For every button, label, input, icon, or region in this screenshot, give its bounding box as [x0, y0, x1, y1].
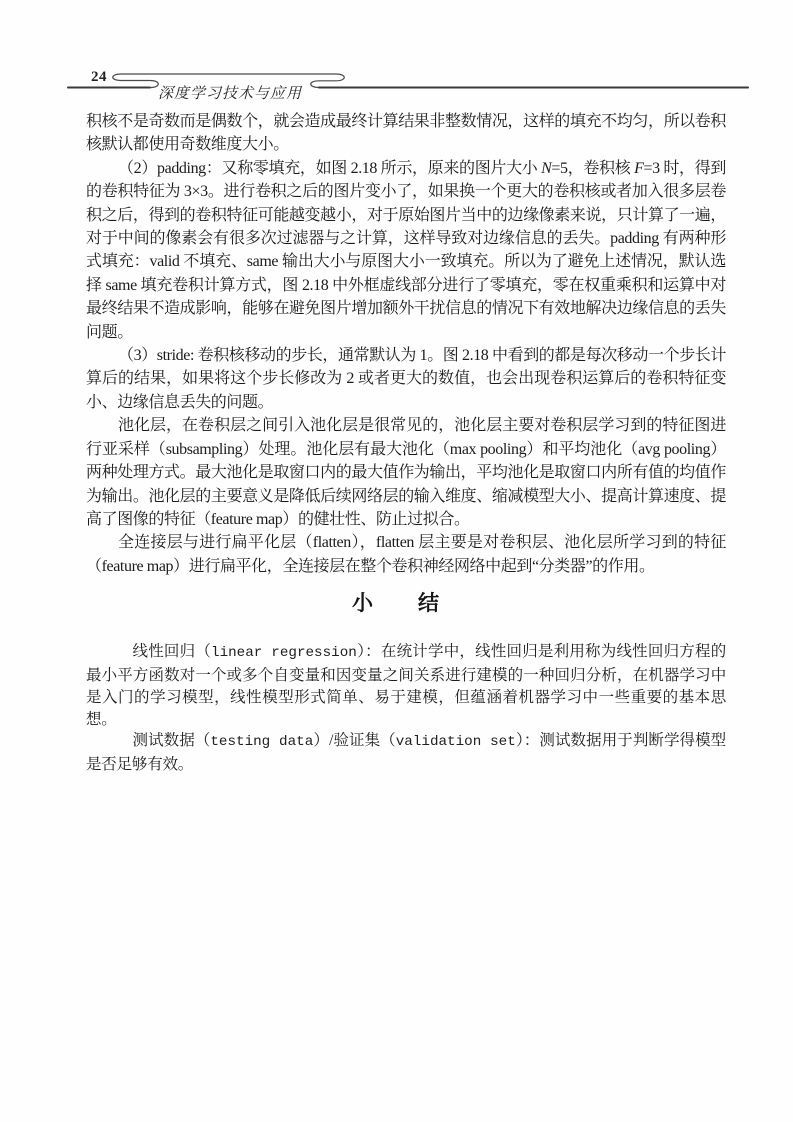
summary-paragraph-testing-data: 测试数据（testing data）/验证集（validation set）：测…: [86, 730, 726, 776]
book-title: 深度学习技术与应用: [158, 82, 296, 103]
body-paragraph-fully-connected: 全连接层与进行扁平化层（flatten），flatten 层主要是对卷积层、池化…: [86, 531, 726, 578]
body-paragraph-pooling: 池化层，在卷积层之间引入池化层是很常见的，池化层主要对卷积层学习到的特征图进行亚…: [86, 414, 726, 531]
page-number: 24: [91, 69, 107, 86]
text-segment: ）/验证集（: [313, 732, 396, 749]
summary-paragraph-linear-regression: 线性回归（linear regression）：在统计学中，线性回归是利用称为线…: [86, 641, 726, 730]
section-heading-summary: 小 结: [66, 587, 726, 617]
text-segment: 全连接层与进行扁平化层（flatten），flatten 层主要是对卷积层、池化…: [86, 534, 726, 574]
text-segment: 池化层，在卷积层之间引入池化层是很常见的，池化层主要对卷积层学习到的特征图进行亚…: [86, 417, 726, 528]
body-paragraph-continuation: 积核不是奇数而是偶数个，就会造成最终计算结果非整数情况，这样的填充不均匀，所以卷…: [86, 110, 726, 157]
main-text-column: 积核不是奇数而是偶数个，就会造成最终计算结果非整数情况，这样的填充不均匀，所以卷…: [86, 110, 726, 776]
page-header: 24 深度学习技术与应用: [0, 0, 793, 110]
text-segment: =5，卷积核: [551, 160, 634, 177]
summary-section: 小 结 线性回归（linear regression）：在统计学中，线性回归是利…: [86, 587, 726, 776]
text-segment: 线性回归（: [133, 643, 212, 660]
text-segment: （2）padding：又称零填充，如图 2.18 所示，原来的图片大小: [118, 160, 541, 177]
text-segment: testing data: [210, 734, 313, 750]
body-paragraph-stride: （3）stride: 卷积核移动的步长，通常默认为 1。图 2.18 中看到的都…: [86, 344, 726, 414]
body-paragraph-padding: （2）padding：又称零填充，如图 2.18 所示，原来的图片大小 N=5，…: [86, 157, 726, 344]
text-segment: N: [541, 160, 551, 177]
text-segment: 测试数据（: [133, 732, 211, 749]
text-segment: 积核不是奇数而是偶数个，就会造成最终计算结果非整数情况，这样的填充不均匀，所以卷…: [86, 113, 726, 153]
book-page: 24 深度学习技术与应用 积核不是奇数而是偶数个，就会造成最终计算结果非整数情况…: [0, 0, 793, 1122]
header-ribbon-decoration: [0, 0, 793, 110]
text-segment: =3 时，得到的卷积特征为 3×3。进行卷积之后的图片变小了，如果换一个更大的卷…: [86, 160, 726, 341]
text-segment: linear regression: [211, 645, 357, 661]
text-segment: validation set: [396, 734, 516, 750]
text-segment: （3）stride: 卷积核移动的步长，通常默认为 1。图 2.18 中看到的都…: [86, 347, 726, 411]
